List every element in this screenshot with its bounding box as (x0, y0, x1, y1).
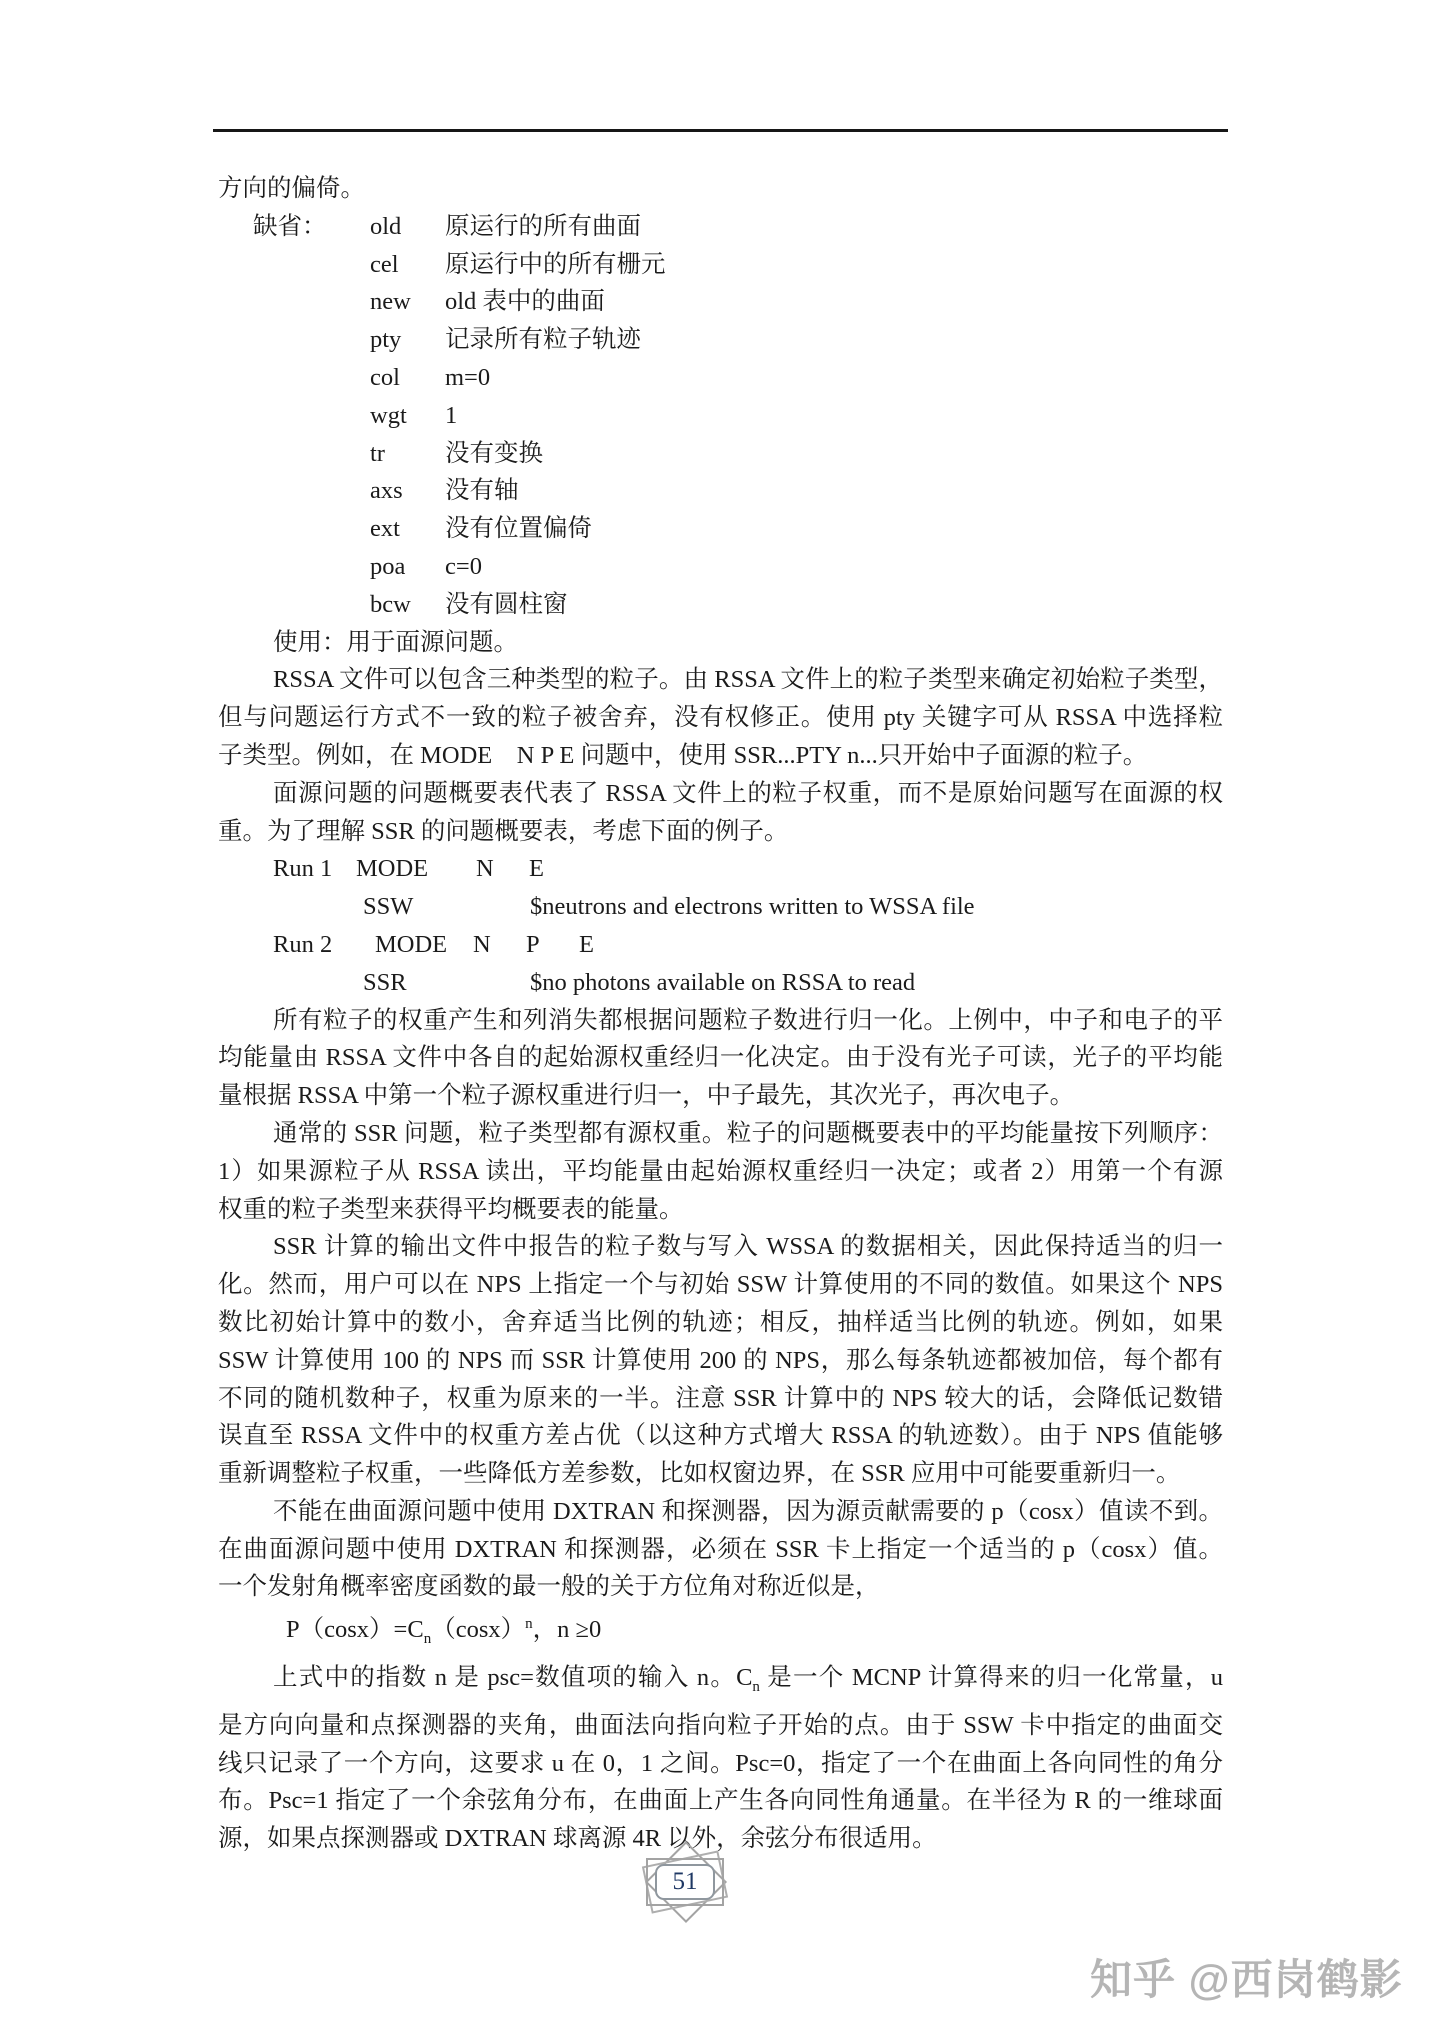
run-arg: E (579, 926, 594, 964)
default-desc: c=0 (445, 548, 482, 586)
formula-exponent: n (525, 1616, 533, 1632)
para-dxtran-line: 一个发射角概率密度函数的最一般的关于方位角对称近似是， (218, 1568, 1223, 1606)
default-desc: old 表中的曲面 (445, 283, 605, 321)
run-command: SSW (363, 888, 413, 926)
para-rssa-line: 但与问题运行方式不一致的粒子被舍弃，没有权修正。使用 pty 关键字可从 RSS… (218, 699, 1223, 737)
defaults-row-col: col m=0 (218, 359, 1223, 397)
run-command: MODE (356, 850, 428, 888)
run-label: Run 1 (273, 850, 332, 888)
para-nps-line: SSR 计算的输出文件中报告的粒子数与写入 WSSA 的数据相关，因此保持适当的… (218, 1228, 1223, 1266)
run-arg: N (476, 850, 494, 888)
para-exponent-line: 上式中的指数 n 是 psc=数值项的输入 n。Cn 是一个 MCNP 计算得来… (218, 1659, 1223, 1707)
watermark: 知乎 @西岗鹤影 (1090, 1947, 1403, 2007)
default-desc: 记录所有粒子轨迹 (445, 321, 641, 359)
para-nps-line: 数比初始计算中的数小，舍弃适当比例的轨迹；相反，抽样适当比例的轨迹。例如，如果 (218, 1304, 1223, 1342)
text-part: 是一个 MCNP 计算得来的归一化常量，u (760, 1664, 1223, 1691)
defaults-row-wgt: wgt 1 (218, 397, 1223, 435)
defaults-row-poa: poa c=0 (218, 548, 1223, 586)
para-rssa-line: 子类型。例如，在 MODE N P E 问题中，使用 SSR...PTY n..… (218, 737, 1223, 775)
para-order-line: 权重的粒子类型来获得平均概要表的能量。 (218, 1191, 1223, 1229)
run1-mode-line: Run 1 MODE N E (218, 850, 1223, 888)
run-arg: N (473, 926, 491, 964)
run-comment: $no photons available on RSSA to read (530, 964, 915, 1002)
default-key: axs (370, 472, 403, 510)
para-weights-line: 均能量由 RSSA 文件中各自的起始源权重经归一化决定。由于没有光子可读，光子的… (218, 1039, 1223, 1077)
document-page: { "document": { "intro": "方向的偏倚。", "defa… (0, 0, 1440, 2037)
run-comment: $neutrons and electrons written to WSSA … (530, 888, 975, 926)
default-desc: 没有圆柱窗 (445, 586, 568, 624)
defaults-row-tr: tr 没有变换 (218, 435, 1223, 473)
para-exponent-line: 是方向向量和点探测器的夹角，曲面法向指向粒子开始的点。由于 SSW 卡中指定的曲… (218, 1707, 1223, 1745)
defaults-row-old: 缺省： old 原运行的所有曲面 (218, 208, 1223, 246)
intro-line: 方向的偏倚。 (218, 170, 1223, 208)
para-rssa-line: RSSA 文件可以包含三种类型的粒子。由 RSSA 文件上的粒子类型来确定初始粒… (218, 661, 1223, 699)
default-key: wgt (370, 397, 407, 435)
para-dxtran-line: 在曲面源问题中使用 DXTRAN 和探测器，必须在 SSR 卡上指定一个适当的 … (218, 1531, 1223, 1569)
default-desc: m=0 (445, 359, 490, 397)
para-nps-line: 误直至 RSSA 文件中的权重方差占优（以这种方式增大 RSSA 的轨迹数）。由… (218, 1417, 1223, 1455)
default-desc: 没有轴 (445, 472, 519, 510)
defaults-row-cel: cel 原运行中的所有栅元 (218, 246, 1223, 284)
default-key: pty (370, 321, 401, 359)
defaults-label: 缺省： (253, 208, 327, 246)
document-body: 方向的偏倚。 缺省： old 原运行的所有曲面 cel 原运行中的所有栅元 ne… (218, 170, 1223, 1858)
default-key: bcw (370, 586, 411, 624)
default-key: col (370, 359, 400, 397)
default-key: old (370, 208, 401, 246)
para-exponent-line: 布。Psc=1 指定了一个余弦角分布，在曲面上产生各向同性角通量。在半径为 R … (218, 1782, 1223, 1820)
default-desc: 没有位置偏倚 (445, 510, 592, 548)
formula-part: ，n ≥0 (533, 1616, 602, 1643)
para-nps-line: SSW 计算使用 100 的 NPS 而 SSR 计算使用 200 的 NPS，… (218, 1342, 1223, 1380)
para-exponent-line: 线只记录了一个方向，这要求 u 在 0，1 之间。Psc=0，指定了一个在曲面上… (218, 1745, 1223, 1783)
run-command: SSR (363, 964, 407, 1002)
header-rule (213, 129, 1228, 132)
default-desc: 原运行的所有曲面 (445, 208, 641, 246)
default-key: tr (370, 435, 385, 473)
defaults-row-new: new old 表中的曲面 (218, 283, 1223, 321)
para-nps-line: 化。然而，用户可以在 NPS 上指定一个与初始 SSW 计算使用的不同的数值。如… (218, 1266, 1223, 1304)
run-arg: E (529, 850, 544, 888)
defaults-row-ext: ext 没有位置偏倚 (218, 510, 1223, 548)
default-desc: 1 (445, 397, 457, 435)
formula-part: P（cosx）=C (286, 1616, 424, 1643)
run-arg: P (526, 926, 540, 964)
ssr-line: SSR $no photons available on RSSA to rea… (218, 964, 1223, 1002)
para-weights-line: 量根据 RSSA 中第一个粒子源权重进行归一，中子最先，其次光子，再次电子。 (218, 1077, 1223, 1115)
para-order-line: 通常的 SSR 问题，粒子类型都有源权重。粒子的问题概要表中的平均能量按下列顺序… (218, 1115, 1223, 1153)
defaults-row-axs: axs 没有轴 (218, 472, 1223, 510)
run2-mode-line: Run 2 MODE N P E (218, 926, 1223, 964)
subscript-n: n (752, 1679, 760, 1695)
default-desc: 原运行中的所有栅元 (445, 246, 666, 284)
page-number-ornament: 51 (637, 1843, 733, 1923)
default-key: new (370, 283, 411, 321)
para-dxtran-line: 不能在曲面源问题中使用 DXTRAN 和探测器，因为源贡献需要的 p（cosx）… (218, 1493, 1223, 1531)
para-summary-line: 重。为了理解 SSR 的问题概要表，考虑下面的例子。 (218, 813, 1223, 851)
text-part: 上式中的指数 n 是 psc=数值项的输入 n。C (273, 1664, 752, 1691)
default-key: poa (370, 548, 405, 586)
formula-part: （cosx） (431, 1616, 525, 1643)
para-summary-line: 面源问题的问题概要表代表了 RSSA 文件上的粒子权重，而不是原始问题写在面源的… (218, 775, 1223, 813)
page-number: 51 (655, 1864, 715, 1900)
default-key: ext (370, 510, 400, 548)
para-weights-line: 所有粒子的权重产生和列消失都根据问题粒子数进行归一化。上例中，中子和电子的平 (218, 1002, 1223, 1040)
default-desc: 没有变换 (445, 435, 543, 473)
default-key: cel (370, 246, 399, 284)
run-label: Run 2 (273, 926, 332, 964)
defaults-row-pty: pty 记录所有粒子轨迹 (218, 321, 1223, 359)
run-command: MODE (375, 926, 447, 964)
ssw-line: SSW $neutrons and electrons written to W… (218, 888, 1223, 926)
formula-line: P（cosx）=Cn（cosx）n，n ≥0 (218, 1606, 1223, 1659)
defaults-row-bcw: bcw 没有圆柱窗 (218, 586, 1223, 624)
para-nps-line: 重新调整粒子权重，一些降低方差参数，比如权窗边界，在 SSR 应用中可能要重新归… (218, 1455, 1223, 1493)
para-order-line: 1）如果源粒子从 RSSA 读出，平均能量由起始源权重经归一决定；或者 2）用第… (218, 1153, 1223, 1191)
para-nps-line: 不同的随机数种子，权重为原来的一半。注意 SSR 计算中的 NPS 较大的话，会… (218, 1380, 1223, 1418)
usage-line: 使用：用于面源问题。 (218, 624, 1223, 662)
